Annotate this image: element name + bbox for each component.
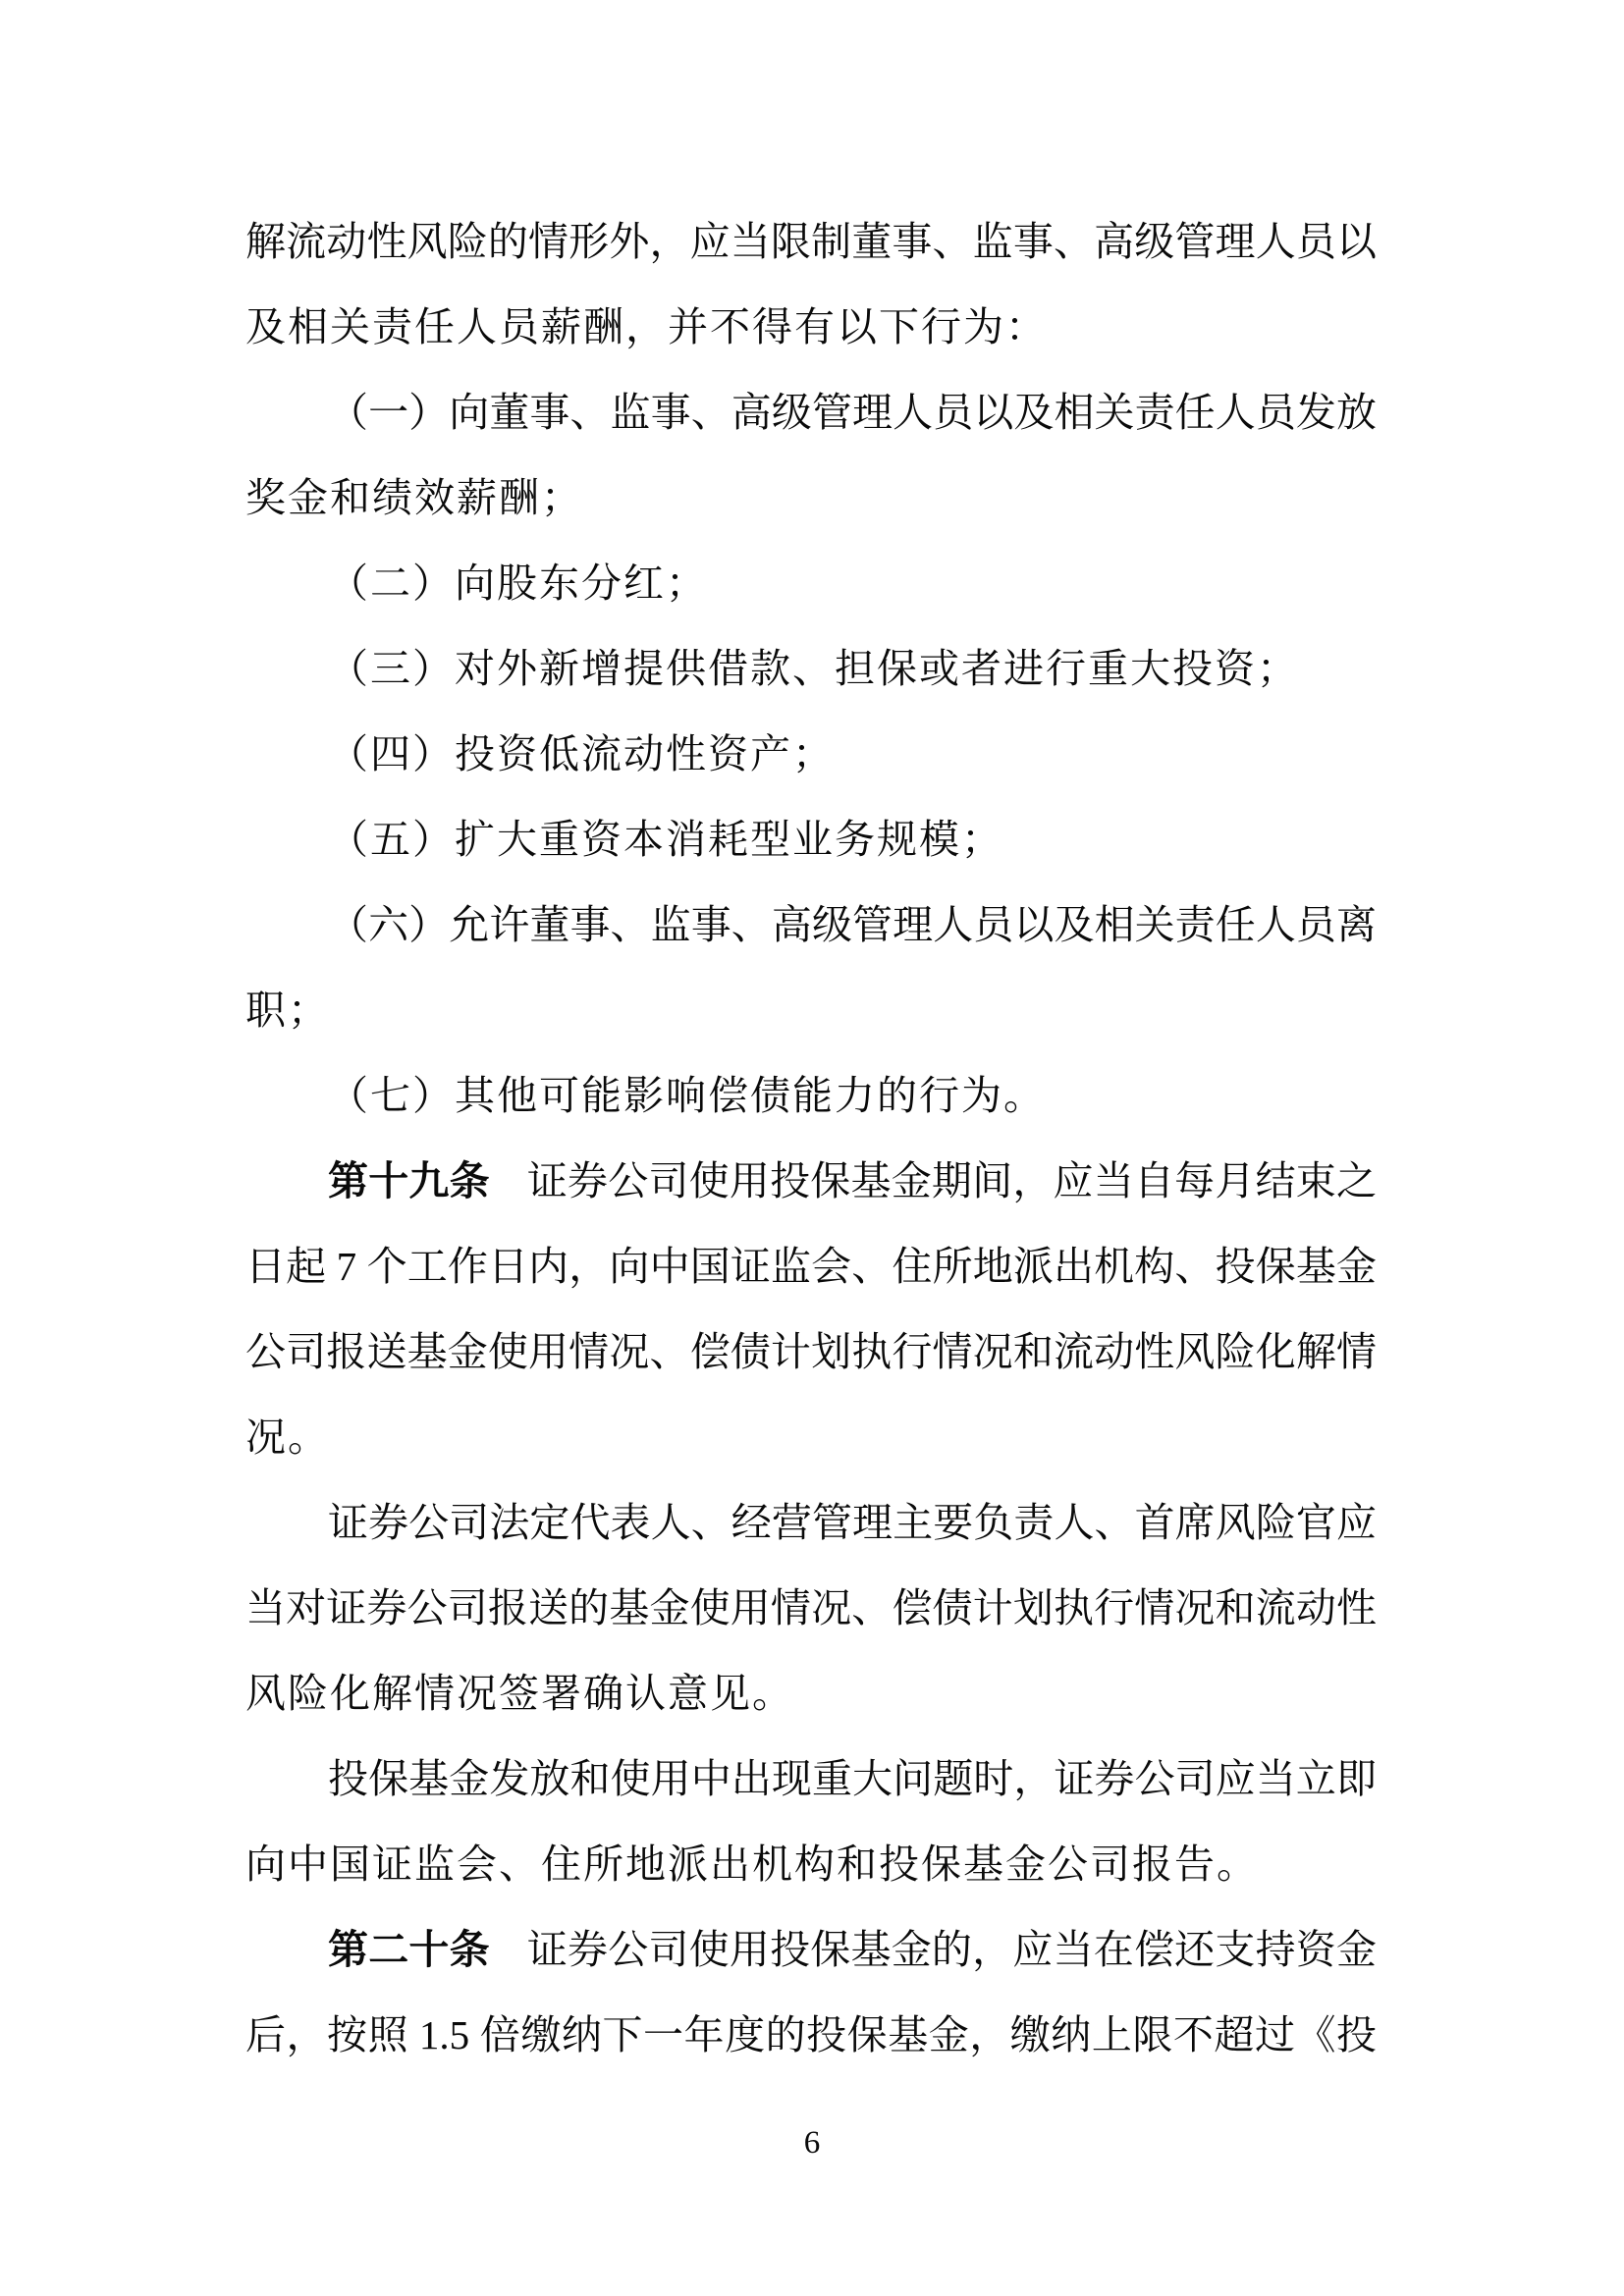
doc-line: （七）其他可能影响偿债能力的行为。 (245, 1053, 1377, 1139)
doc-line: 况。 (245, 1395, 1377, 1480)
doc-line: 后，按照 1.5 倍缴纳下一年度的投保基金，缴纳上限不超过《投 (245, 1993, 1377, 2078)
doc-line: 风险化解情况签署确认意见。 (245, 1651, 1377, 1736)
article-number-label: 第二十条 (328, 1927, 490, 1972)
doc-line-article-20: 第二十条证券公司使用投保基金的，应当在偿还支持资金 (245, 1907, 1377, 1993)
doc-line: 向中国证监会、住所地派出机构和投保基金公司报告。 (245, 1822, 1377, 1907)
doc-line: 职； (245, 968, 1377, 1053)
doc-line: 及相关责任人员薪酬，并不得有以下行为： (245, 285, 1377, 370)
article-number-label: 第十九条 (328, 1158, 490, 1203)
doc-line: 当对证券公司报送的基金使用情况、偿债计划执行情况和流动性 (245, 1566, 1377, 1651)
doc-line: 奖金和绩效薪酬； (245, 455, 1377, 541)
doc-line: 投保基金发放和使用中出现重大问题时，证券公司应当立即 (245, 1736, 1377, 1822)
doc-line: （二）向股东分红； (245, 541, 1377, 626)
doc-line: （三）对外新增提供借款、担保或者进行重大投资； (245, 626, 1377, 712)
doc-line: 证券公司法定代表人、经营管理主要负责人、首席风险官应 (245, 1480, 1377, 1566)
document-body: 解流动性风险的情形外，应当限制董事、监事、高级管理人员以 及相关责任人员薪酬，并… (245, 199, 1377, 2078)
article-text: 证券公司使用投保基金期间，应当自每月结束之 (527, 1158, 1377, 1203)
doc-line-article-19: 第十九条证券公司使用投保基金期间，应当自每月结束之 (245, 1139, 1377, 1224)
article-text: 证券公司使用投保基金的，应当在偿还支持资金 (527, 1927, 1377, 1972)
doc-line: 日起 7 个工作日内，向中国证监会、住所地派出机构、投保基金 (245, 1224, 1377, 1309)
doc-line: 公司报送基金使用情况、偿债计划执行情况和流动性风险化解情 (245, 1309, 1377, 1395)
doc-line: （五）扩大重资本消耗型业务规模； (245, 797, 1377, 882)
doc-line: （六）允许董事、监事、高级管理人员以及相关责任人员离 (245, 882, 1377, 968)
doc-line: 解流动性风险的情形外，应当限制董事、监事、高级管理人员以 (245, 199, 1377, 285)
page-number: 6 (0, 2123, 1624, 2163)
doc-line: （四）投资低流动性资产； (245, 712, 1377, 797)
doc-line: （一）向董事、监事、高级管理人员以及相关责任人员发放 (245, 370, 1377, 455)
document-page: 解流动性风险的情形外，应当限制董事、监事、高级管理人员以 及相关责任人员薪酬，并… (0, 0, 1624, 2296)
